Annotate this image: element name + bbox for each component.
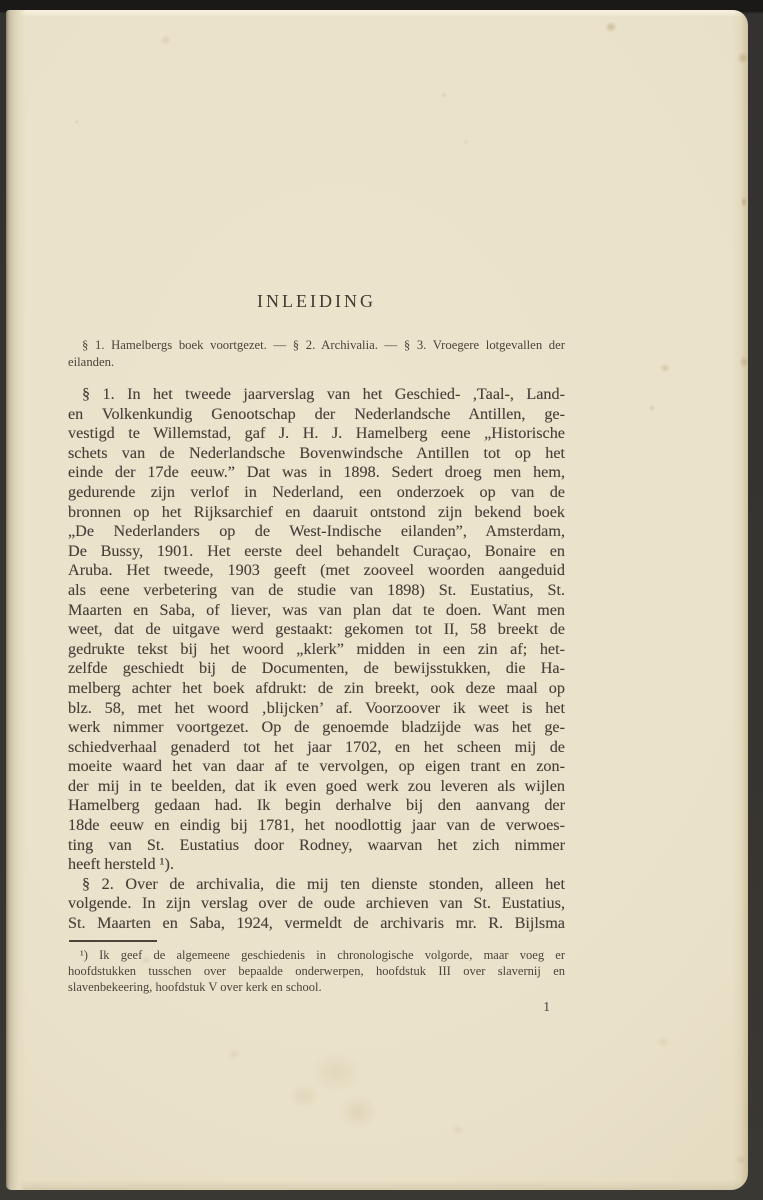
book-page-paper: INLEIDING § 1. Hamelbergs boek voortgeze… [6,10,748,1190]
text-line: moeite waard het van daar af te vervolge… [68,757,565,777]
text-line: Aruba. Het tweede, 1903 geeft (met zoove… [68,561,565,581]
section-summary: § 1. Hamelbergs boek voortgezet. — § 2. … [68,337,565,371]
footnote: ¹) Ik geef de algemeene geschiedenis in … [68,947,565,995]
text-line: vestigd te Willemstad, gaf J. H. J. Hame… [68,424,565,444]
footnote-rule [69,940,157,942]
scanned-book-page: INLEIDING § 1. Hamelbergs boek voortgeze… [0,0,763,1200]
summary-line: eilanden. [68,354,565,371]
summary-line: § 1. Hamelbergs boek voortgezet. — § 2. … [68,337,565,354]
text-line: gedurende zijn verlof in Nederland, een … [68,483,565,503]
page-heading: INLEIDING [68,291,565,311]
text-line: blz. 58, met het woord ‚blijcken’ af. Vo… [68,699,565,719]
text-line: melberg achter het boek afdrukt: de zin … [68,679,565,699]
footnote-line: slavenbekeering, hoofdstuk V over kerk e… [68,979,565,995]
text-line: § 1. In het tweede jaarverslag van het G… [68,385,565,405]
text-line: einde der 17de eeuw.” Dat was in 1898. S… [68,463,565,483]
page-content: INLEIDING § 1. Hamelbergs boek voortgeze… [68,10,565,1190]
text-line: § 2. Over de archivalia, die mij ten die… [68,875,565,895]
text-line: als eene verbetering van de studie van 1… [68,581,565,601]
text-line: heeft hersteld ¹). [68,855,565,875]
text-line: ting van St. Eustatius door Rodney, waar… [68,836,565,856]
text-line: schets van de Nederlandsche Bovenwindsch… [68,444,565,464]
text-line: zelfde geschiedt bij de Documenten, de b… [68,659,565,679]
text-line: 18de eeuw en eindig bij 1781, het noodlo… [68,816,565,836]
page-number: 1 [68,999,565,1015]
text-line: Maarten en Saba, of liever, was van plan… [68,601,565,621]
text-line: en Volkenkundig Genootschap der Nederlan… [68,405,565,425]
text-line: Hamelberg gedaan had. Ik begin derhalve … [68,796,565,816]
footnote-line: ¹) Ik geef de algemeene geschiedenis in … [68,947,565,963]
text-line: schiedverhaal genaderd tot het jaar 1702… [68,738,565,758]
text-line: der mij in te beelden, dat ik even goed … [68,777,565,797]
text-line: weet, dat de uitgave werd gestaakt: geko… [68,620,565,640]
footnote-line: hoofdstukken tusschen over bepaalde onde… [68,963,565,979]
text-line: werk nimmer voortgezet. Op de genoemde b… [68,718,565,738]
text-line: volgende. In zijn verslag over de oude a… [68,894,565,914]
text-line: De Bussy, 1901. Het eerste deel behandel… [68,542,565,562]
text-line: bronnen op het Rijksarchief en daaruit o… [68,503,565,523]
body-text: § 1. In het tweede jaarverslag van het G… [68,385,565,934]
text-line: „De Nederlanders op de West-Indische eil… [68,522,565,542]
text-line: gedrukte tekst bij het woord „klerk” mid… [68,640,565,660]
text-line: St. Maarten en Saba, 1924, vermeldt de a… [68,914,565,934]
